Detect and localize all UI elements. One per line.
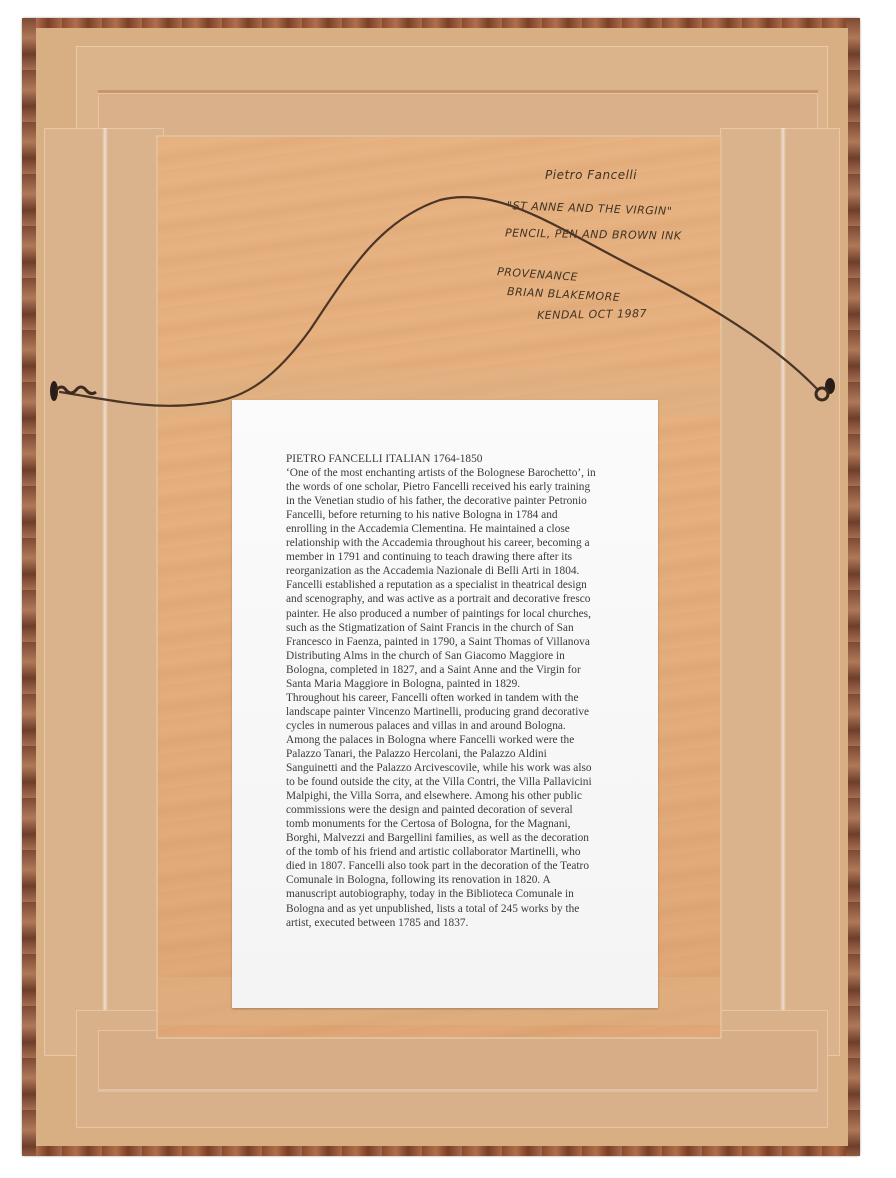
label-paragraph: Throughout his career, Fancelli often wo…	[286, 691, 598, 930]
typed-biography-label: PIETRO FANCELLI ITALIAN 1764-1850 ‘One o…	[232, 400, 658, 1008]
frame-left-edge	[22, 18, 36, 1156]
handwritten-place-date: KENDAL OCT 1987	[537, 307, 647, 322]
label-text-block: PIETRO FANCELLI ITALIAN 1764-1850 ‘One o…	[286, 452, 598, 930]
tape-strip-left	[44, 128, 164, 1056]
handwritten-artist: Pietro Fancelli	[545, 168, 637, 182]
tape-shine	[102, 128, 108, 1056]
tape-strip-bottom-inner	[98, 1030, 818, 1092]
frame-right-edge	[846, 18, 860, 1156]
frame-bottom-edge	[22, 1146, 860, 1156]
tape-shine	[780, 128, 786, 1056]
tape-strip-right	[720, 128, 840, 1056]
frame-top-edge	[22, 18, 860, 28]
label-heading: PIETRO FANCELLI ITALIAN 1764-1850	[286, 452, 598, 466]
label-paragraph: ‘One of the most enchanting artists of t…	[286, 466, 598, 691]
